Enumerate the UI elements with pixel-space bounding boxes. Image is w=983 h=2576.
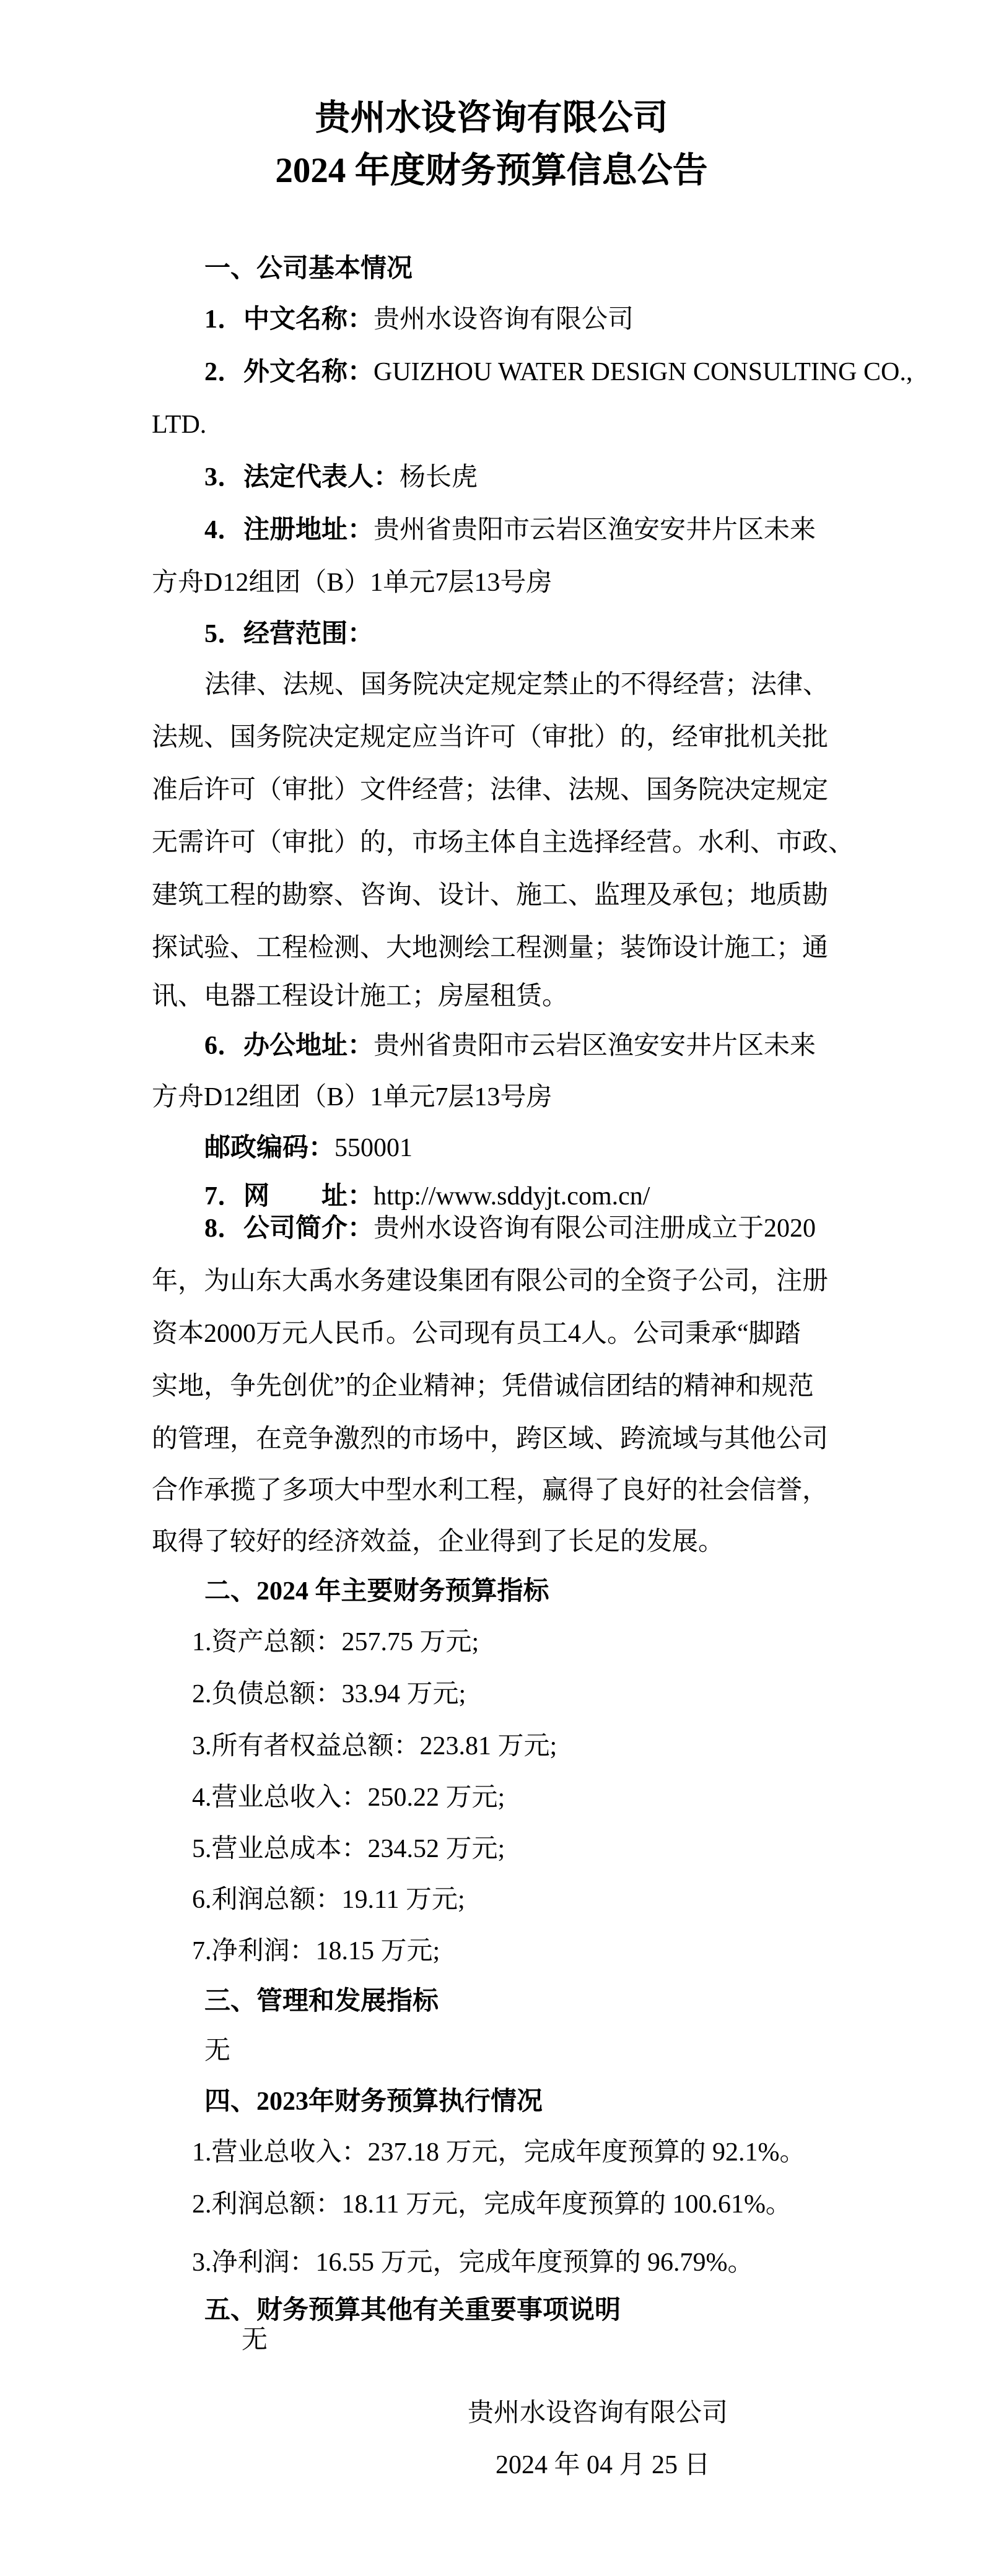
section-heading-4: 四、2023年财务预算执行情况 xyxy=(204,2086,543,2118)
text-line: 年，为山东大禹水务建设集团有限公司的全资子公司，注册 xyxy=(152,1265,828,1297)
budget-item-total-liabilities: 2.负债总额：33.94 万元; xyxy=(192,1678,466,1710)
field-value: 贵州水设咨询有限公司 xyxy=(468,2399,728,2427)
field-value: 贵州水设咨询有限公司 xyxy=(374,305,634,334)
field-value: 讯、电器工程设计施工；房屋租赁。 xyxy=(152,982,568,1011)
field-value: 3.净利润：16.55 万元，完成年度预算的 96.79%。 xyxy=(192,2248,754,2277)
field-value: 取得了较好的经济效益，企业得到了长足的发展。 xyxy=(152,1528,724,1556)
field-value: 方舟D12组团（B）1单元7层13号房 xyxy=(152,1083,552,1112)
item-business-scope: 5．经营范围： xyxy=(204,618,374,650)
field-value: 实地，争先创优”的企业精神；凭借诚信团结的精神和规范 xyxy=(152,1372,814,1401)
section-heading-2: 二、2024 年主要财务预算指标 xyxy=(204,1575,549,1608)
field-value: 法律、法规、国务院决定规定禁止的不得经营；法律、 xyxy=(204,671,829,699)
field-value: 2024 年 04 月 25 日 xyxy=(496,2451,710,2479)
text-line: 建筑工程的勘察、咨询、设计、施工、监理及承包；地质勘 xyxy=(152,879,828,912)
field-value: 4.营业总收入：250.22 万元; xyxy=(192,1783,505,1812)
field-value: 6.利润总额：19.11 万元; xyxy=(192,1886,465,1914)
budget-item-total-cost: 5.营业总成本：234.52 万元; xyxy=(192,1833,505,1865)
field-label: 1．中文名称： xyxy=(204,305,374,334)
document-page: 贵州水设咨询有限公司 2024 年度财务预算信息公告 一、公司基本情况 1．中文… xyxy=(0,0,983,2576)
execution-item-total-profit: 2.利润总额：18.11 万元，完成年度预算的 100.61%。 xyxy=(192,2188,792,2221)
none-text: 无 xyxy=(204,2035,230,2067)
text-line: 实地，争先创优”的企业精神；凭借诚信团结的精神和规范 xyxy=(152,1370,814,1403)
field-value: 方舟D12组团（B）1单元7层13号房 xyxy=(152,568,552,597)
text-line: 合作承揽了多项大中型水利工程，赢得了良好的社会信誉， xyxy=(152,1474,828,1507)
item-legal-representative: 3．法定代表人：杨长虎 xyxy=(204,461,478,494)
item-foreign-name: 2．外文名称：GUIZHOU WATER DESIGN CONSULTING C… xyxy=(204,356,912,388)
field-value: GUIZHOU WATER DESIGN CONSULTING CO., xyxy=(374,358,912,386)
text-line: 取得了较好的经济效益，企业得到了长足的发展。 xyxy=(152,1526,724,1558)
field-value: 法规、国务院决定规定应当许可（审批）的，经审批机关批 xyxy=(152,723,828,752)
heading-text: 四、2023年财务预算执行情况 xyxy=(204,2087,543,2116)
field-label: 7．网 址： xyxy=(204,1182,374,1211)
field-value: 的管理，在竞争激烈的市场中，跨区域、跨流域与其他公司 xyxy=(152,1425,828,1453)
item-postal-code: 邮政编码：550001 xyxy=(204,1132,413,1164)
text-line: 准后许可（审批）文件经营；法律、法规、国务院决定规定 xyxy=(152,774,828,806)
text-line: 方舟D12组团（B）1单元7层13号房 xyxy=(152,1081,552,1113)
item-website: 7．网 址：http://www.sddyjt.com.cn/ xyxy=(204,1180,650,1212)
field-value: 3.所有者权益总额：223.81 万元; xyxy=(192,1732,557,1760)
field-value: 无 xyxy=(204,2037,230,2065)
execution-item-revenue: 1.营业总收入：237.18 万元，完成年度预算的 92.1%。 xyxy=(192,2136,806,2169)
budget-item-total-profit: 6.利润总额：19.11 万元; xyxy=(192,1884,465,1916)
field-value: 5.营业总成本：234.52 万元; xyxy=(192,1835,505,1863)
field-value: 探试验、工程检测、大地测绘工程测量；装饰设计施工；通 xyxy=(152,934,828,962)
field-label: 4．注册地址： xyxy=(204,516,374,544)
text-line: 讯、电器工程设计施工；房屋租赁。 xyxy=(152,980,568,1012)
heading-text: 五、财务预算其他有关重要事项说明 xyxy=(204,2296,621,2325)
website-url: http://www.sddyjt.com.cn/ xyxy=(374,1182,650,1211)
section-heading-5: 五、财务预算其他有关重要事项说明 xyxy=(204,2294,621,2326)
field-label: 3．法定代表人： xyxy=(204,463,400,492)
doc-title-line1: 贵州水设咨询有限公司 xyxy=(0,98,983,139)
field-value: 建筑工程的勘察、咨询、设计、施工、监理及承包；地质勘 xyxy=(152,881,828,910)
heading-text: 一、公司基本情况 xyxy=(204,255,413,283)
field-value: 准后许可（审批）文件经营；法律、法规、国务院决定规定 xyxy=(152,776,828,804)
none-text: 无 xyxy=(242,2324,268,2356)
item-company-profile: 8．公司简介：贵州水设咨询有限公司注册成立于2020 xyxy=(204,1212,816,1245)
section-heading-3: 三、管理和发展指标 xyxy=(204,1985,439,2017)
text-line: 无需许可（审批）的，市场主体自主选择经营。水利、市政、 xyxy=(152,827,854,859)
field-value: 年，为山东大禹水务建设集团有限公司的全资子公司，注册 xyxy=(152,1267,828,1295)
field-value: 1.营业总收入：237.18 万元，完成年度预算的 92.1%。 xyxy=(192,2138,806,2167)
text-line: 探试验、工程检测、大地测绘工程测量；装饰设计施工；通 xyxy=(152,932,828,964)
budget-item-owners-equity: 3.所有者权益总额：223.81 万元; xyxy=(192,1730,557,1762)
field-value: 1.资产总额：257.75 万元; xyxy=(192,1628,479,1656)
section-heading-1: 一、公司基本情况 xyxy=(204,253,413,285)
field-label: 5．经营范围： xyxy=(204,620,374,648)
field-label: 8．公司简介： xyxy=(204,1214,374,1243)
budget-item-net-profit: 7.净利润：18.15 万元; xyxy=(192,1935,440,1967)
field-value: 资本2000万元人民币。公司现有员工4人。公司秉承“脚踏 xyxy=(152,1320,801,1348)
field-value: 2.利润总额：18.11 万元，完成年度预算的 100.61%。 xyxy=(192,2190,792,2219)
text-line: 资本2000万元人民币。公司现有员工4人。公司秉承“脚踏 xyxy=(152,1318,801,1350)
field-value: 7.净利润：18.15 万元; xyxy=(192,1937,440,1965)
field-value: 贵州水设咨询有限公司注册成立于2020 xyxy=(374,1214,816,1243)
field-value: 550001 xyxy=(334,1134,413,1162)
budget-item-total-assets: 1.资产总额：257.75 万元; xyxy=(192,1626,479,1658)
text-line: 法规、国务院决定规定应当许可（审批）的，经审批机关批 xyxy=(152,721,828,754)
field-value: 合作承揽了多项大中型水利工程，赢得了良好的社会信誉， xyxy=(152,1476,828,1505)
item-registered-address: 4．注册地址：贵州省贵阳市云岩区渔安安井片区未来 xyxy=(204,514,816,546)
heading-text: 二、2024 年主要财务预算指标 xyxy=(204,1577,549,1606)
field-value: 无 xyxy=(242,2326,268,2354)
field-label: 2．外文名称： xyxy=(204,358,374,386)
budget-item-total-revenue: 4.营业总收入：250.22 万元; xyxy=(192,1782,505,1814)
field-label: 6．办公地址： xyxy=(204,1032,374,1060)
item-chinese-name: 1．中文名称：贵州水设咨询有限公司 xyxy=(204,303,634,336)
text-line: 法律、法规、国务院决定规定禁止的不得经营；法律、 xyxy=(204,669,829,701)
field-value: 无需许可（审批）的，市场主体自主选择经营。水利、市政、 xyxy=(152,829,854,857)
text-line: 方舟D12组团（B）1单元7层13号房 xyxy=(152,567,552,599)
field-label: 邮政编码： xyxy=(204,1134,334,1162)
item-office-address: 6．办公地址：贵州省贵阳市云岩区渔安安井片区未来 xyxy=(204,1030,816,1062)
doc-title-line2: 2024 年度财务预算信息公告 xyxy=(0,150,983,191)
field-value: 贵州省贵阳市云岩区渔安安井片区未来 xyxy=(374,1032,816,1060)
text-line: LTD. xyxy=(152,409,206,441)
text-line: 的管理，在竞争激烈的市场中，跨区域、跨流域与其他公司 xyxy=(152,1423,828,1455)
heading-text: 三、管理和发展指标 xyxy=(204,1987,439,2016)
execution-item-net-profit: 3.净利润：16.55 万元，完成年度预算的 96.79%。 xyxy=(192,2247,754,2279)
field-value: 2.负债总额：33.94 万元; xyxy=(192,1680,466,1708)
signature-date: 2024 年 04 月 25 日 xyxy=(496,2449,710,2481)
field-value: 杨长虎 xyxy=(400,463,478,492)
signature-company: 贵州水设咨询有限公司 xyxy=(468,2397,728,2429)
field-value: LTD. xyxy=(152,411,206,439)
field-value: 贵州省贵阳市云岩区渔安安井片区未来 xyxy=(374,516,816,544)
